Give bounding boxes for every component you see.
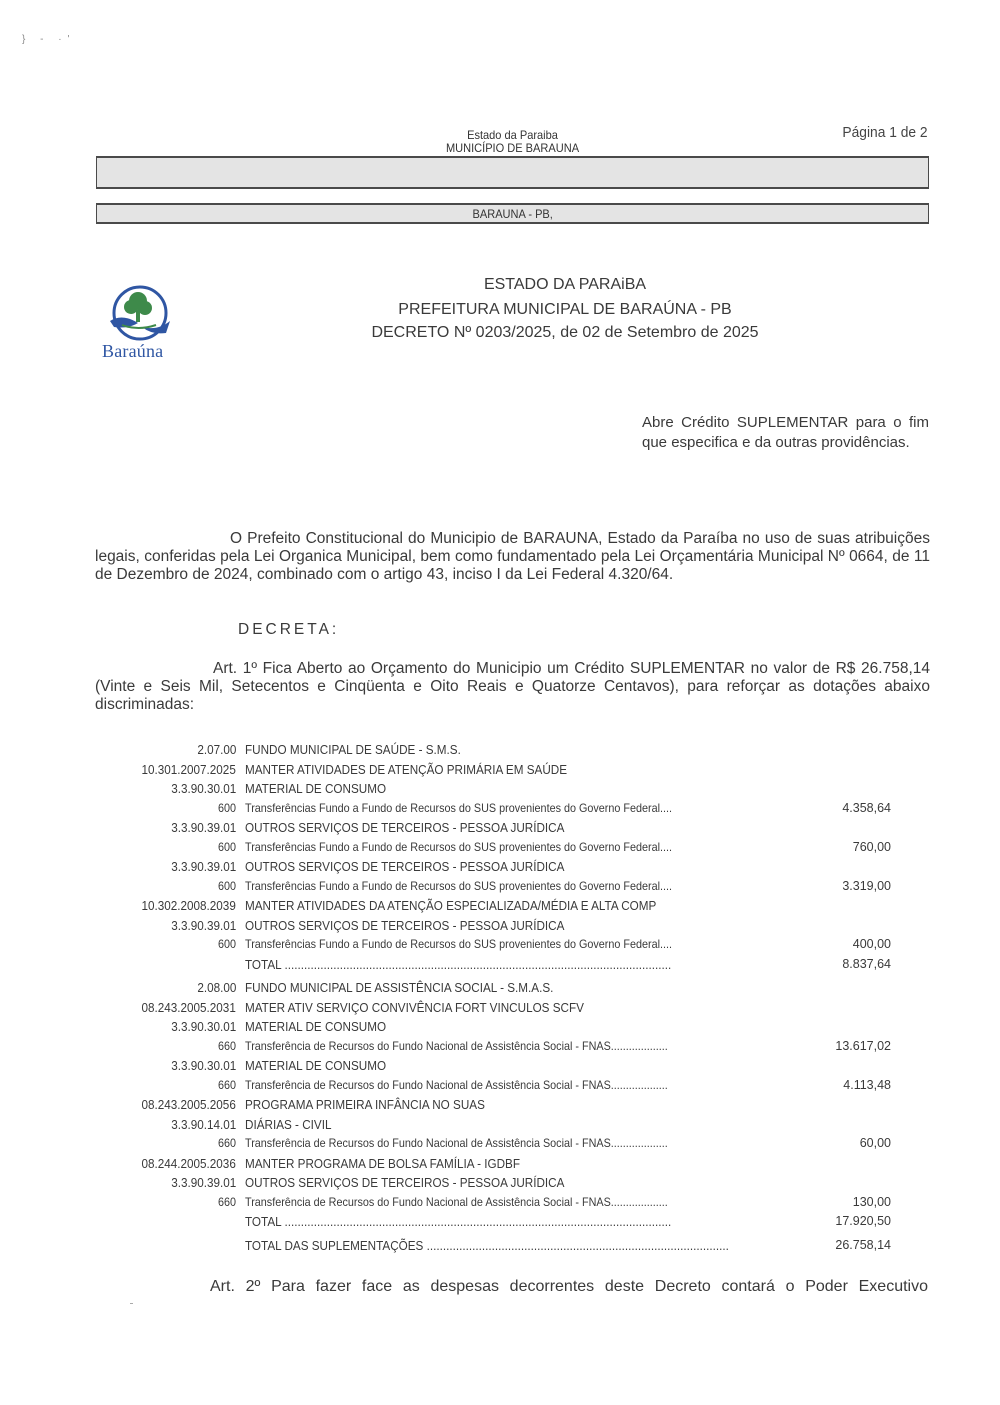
row-description: MANTER ATIVIDADES DE ATENÇÃO PRIMÁRIA EM… <box>245 760 603 780</box>
row-description: Transferências Fundo a Fundo de Recursos… <box>245 935 719 955</box>
preamble-text: O Prefeito Constitucional do Municipio d… <box>95 530 930 583</box>
row-code: 10.301.2007.2025 <box>131 760 236 780</box>
row-code: 08.244.2005.2036 <box>131 1154 236 1174</box>
row-description: MATERIAL DE CONSUMO <box>245 1017 402 1037</box>
title-state: ESTADO DA PARAiBA <box>330 276 800 294</box>
row-value: 4.113,48 <box>843 1076 891 1096</box>
row-value: 60,00 <box>860 1134 891 1154</box>
table-row: 660Transferência de Recursos do Fundo Na… <box>100 1076 920 1096</box>
municipal-coat-tree-hands-icon <box>98 283 178 343</box>
row-code: 660 <box>216 1134 236 1154</box>
row-value: 26.758,14 <box>835 1236 891 1256</box>
row-code: 600 <box>216 935 236 955</box>
row-value: 130,00 <box>853 1193 891 1213</box>
row-description: Transferências Fundo a Fundo de Recursos… <box>245 877 719 897</box>
row-value: 760,00 <box>853 838 891 858</box>
page-indicator: Página 1 de 2 <box>843 124 928 141</box>
article-2: Art. 2º Para fazer face as despesas deco… <box>210 1278 928 1296</box>
row-description: MATER ATIV SERVIÇO CONVIVÊNCIA FORT VINC… <box>245 998 622 1018</box>
table-row: 3.3.90.39.01OUTROS SERVIÇOS DE TERCEIROS… <box>100 916 920 936</box>
table-row: 3.3.90.30.01MATERIAL DE CONSUMO <box>100 1056 920 1076</box>
row-code: 660 <box>216 1193 236 1213</box>
row-value: 400,00 <box>853 935 891 955</box>
table-row: 3.3.90.39.01OUTROS SERVIÇOS DE TERCEIROS… <box>100 1173 920 1193</box>
budget-allocations-table: 2.07.00FUNDO MUNICIPAL DE SAÚDE - S.M.S.… <box>100 740 920 1255</box>
row-description: Transferência de Recursos do Fundo Nacio… <box>245 1134 715 1154</box>
municipal-logo: Baraúna <box>98 283 178 365</box>
table-row: 10.301.2007.2025MANTER ATIVIDADES DE ATE… <box>100 760 920 780</box>
table-row: 3.3.90.39.01OUTROS SERVIÇOS DE TERCEIROS… <box>100 857 920 877</box>
row-description: OUTROS SERVIÇOS DE TERCEIROS - PESSOA JU… <box>245 916 600 936</box>
table-row: 3.3.90.30.01MATERIAL DE CONSUMO <box>100 1017 920 1037</box>
table-row: 600Transferências Fundo a Fundo de Recur… <box>100 877 920 897</box>
row-code: 08.243.2005.2031 <box>131 998 236 1018</box>
header-blank-bar <box>96 156 929 189</box>
scan-artifact: } - ·' <box>22 34 75 45</box>
row-description: Transferência de Recursos do Fundo Nacio… <box>245 1193 715 1213</box>
table-row: 660Transferência de Recursos do Fundo Na… <box>100 1134 920 1154</box>
header-location-bar: BARAUNA - PB, <box>96 203 929 224</box>
row-value: 13.617,02 <box>835 1037 891 1057</box>
row-description: OUTROS SERVIÇOS DE TERCEIROS - PESSOA JU… <box>245 857 600 877</box>
header-municipality: MUNICÍPIO DE BARAUNA <box>391 142 635 155</box>
title-prefeitura: PREFEITURA MUNICIPAL DE BARAÚNA - PB <box>330 301 800 319</box>
row-description: TOTAL ..................................… <box>245 1212 785 1232</box>
table-row: 660Transferência de Recursos do Fundo Na… <box>100 1037 920 1057</box>
table-row: TOTAL ..................................… <box>100 955 920 975</box>
decreta-heading: DECRETA: <box>238 621 339 639</box>
row-code: 660 <box>216 1037 236 1057</box>
table-row: TOTAL ..................................… <box>100 1212 920 1232</box>
row-code: 600 <box>216 799 236 819</box>
table-row: 10.302.2008.2039MANTER ATIVIDADES DA ATE… <box>100 896 920 916</box>
row-description: MATERIAL DE CONSUMO <box>245 1056 402 1076</box>
table-row: 08.244.2005.2036MANTER PROGRAMA DE BOLSA… <box>100 1154 920 1174</box>
table-row: 600Transferências Fundo a Fundo de Recur… <box>100 838 920 858</box>
table-row: 660Transferência de Recursos do Fundo Na… <box>100 1193 920 1213</box>
row-code: 2.08.00 <box>193 978 236 998</box>
row-description: Transferência de Recursos do Fundo Nacio… <box>245 1076 715 1096</box>
row-description: PROGRAMA PRIMEIRA INFÂNCIA NO SUAS <box>245 1095 512 1115</box>
row-code: 10.302.2008.2039 <box>131 896 236 916</box>
table-row: 3.3.90.30.01MATERIAL DE CONSUMO <box>100 779 920 799</box>
row-code: 600 <box>216 838 236 858</box>
row-description: Transferências Fundo a Fundo de Recursos… <box>245 799 719 819</box>
row-description: FUNDO MUNICIPAL DE ASSISTÊNCIA SOCIAL - … <box>245 978 588 998</box>
article-1: Art. 1º Fica Aberto ao Orçamento do Muni… <box>95 660 930 714</box>
article-1-text: Art. 1º Fica Aberto ao Orçamento do Muni… <box>95 660 930 713</box>
row-description: MANTER PROGRAMA DE BOLSA FAMÍLIA - IGDBF <box>245 1154 551 1174</box>
row-description: FUNDO MUNICIPAL DE SAÚDE - S.M.S. <box>245 740 485 760</box>
preamble-paragraph: O Prefeito Constitucional do Municipio d… <box>95 530 930 584</box>
row-value: 8.837,64 <box>842 955 891 975</box>
row-description: MATERIAL DE CONSUMO <box>245 779 402 799</box>
row-code: 3.3.90.39.01 <box>164 916 236 936</box>
row-code: 3.3.90.39.01 <box>164 857 236 877</box>
row-code: 3.3.90.30.01 <box>164 779 236 799</box>
logo-text: Baraúna <box>102 341 163 362</box>
table-row: TOTAL DAS SUPLEMENTAÇÕES ...............… <box>100 1236 920 1256</box>
row-code: 3.3.90.39.01 <box>164 818 236 838</box>
row-value: 17.920,50 <box>835 1212 891 1232</box>
location-text: BARAUNA - PB, <box>472 205 552 223</box>
row-code: 3.3.90.30.01 <box>164 1056 236 1076</box>
scan-dot <box>130 1303 133 1304</box>
row-code: 3.3.90.30.01 <box>164 1017 236 1037</box>
table-row: 2.08.00FUNDO MUNICIPAL DE ASSISTÊNCIA SO… <box>100 978 920 998</box>
row-code: 600 <box>216 877 236 897</box>
row-description: OUTROS SERVIÇOS DE TERCEIROS - PESSOA JU… <box>245 818 600 838</box>
row-value: 4.358,64 <box>842 799 891 819</box>
row-code: 08.243.2005.2056 <box>131 1095 236 1115</box>
row-description: DIÁRIAS - CIVIL <box>245 1115 341 1135</box>
row-description: OUTROS SERVIÇOS DE TERCEIROS - PESSOA JU… <box>245 1173 600 1193</box>
table-row: 600Transferências Fundo a Fundo de Recur… <box>100 935 920 955</box>
row-description: Transferência de Recursos do Fundo Nacio… <box>245 1037 715 1057</box>
table-row: 2.07.00FUNDO MUNICIPAL DE SAÚDE - S.M.S. <box>100 740 920 760</box>
row-description: TOTAL ..................................… <box>245 955 785 975</box>
row-description: Transferências Fundo a Fundo de Recursos… <box>245 838 719 858</box>
row-description: TOTAL DAS SUPLEMENTAÇÕES ...............… <box>245 1236 785 1256</box>
row-value: 3.319,00 <box>842 877 891 897</box>
table-row: 08.243.2005.2056PROGRAMA PRIMEIRA INFÂNC… <box>100 1095 920 1115</box>
row-description: MANTER ATIVIDADES DA ATENÇÃO ESPECIALIZA… <box>245 896 702 916</box>
row-code: 660 <box>216 1076 236 1096</box>
row-code: 3.3.90.14.01 <box>164 1115 236 1135</box>
table-row: 08.243.2005.2031MATER ATIV SERVIÇO CONVI… <box>100 998 920 1018</box>
row-code: 3.3.90.39.01 <box>164 1173 236 1193</box>
table-row: 3.3.90.14.01DIÁRIAS - CIVIL <box>100 1115 920 1135</box>
table-row: 600Transferências Fundo a Fundo de Recur… <box>100 799 920 819</box>
row-code: 2.07.00 <box>193 740 236 760</box>
table-row: 3.3.90.39.01OUTROS SERVIÇOS DE TERCEIROS… <box>100 818 920 838</box>
decree-number-date: DECRETO Nº 0203/2025, de 02 de Setembro … <box>330 324 800 342</box>
decree-ementa: Abre Crédito SUPLEMENTAR para o fim que … <box>642 413 929 453</box>
